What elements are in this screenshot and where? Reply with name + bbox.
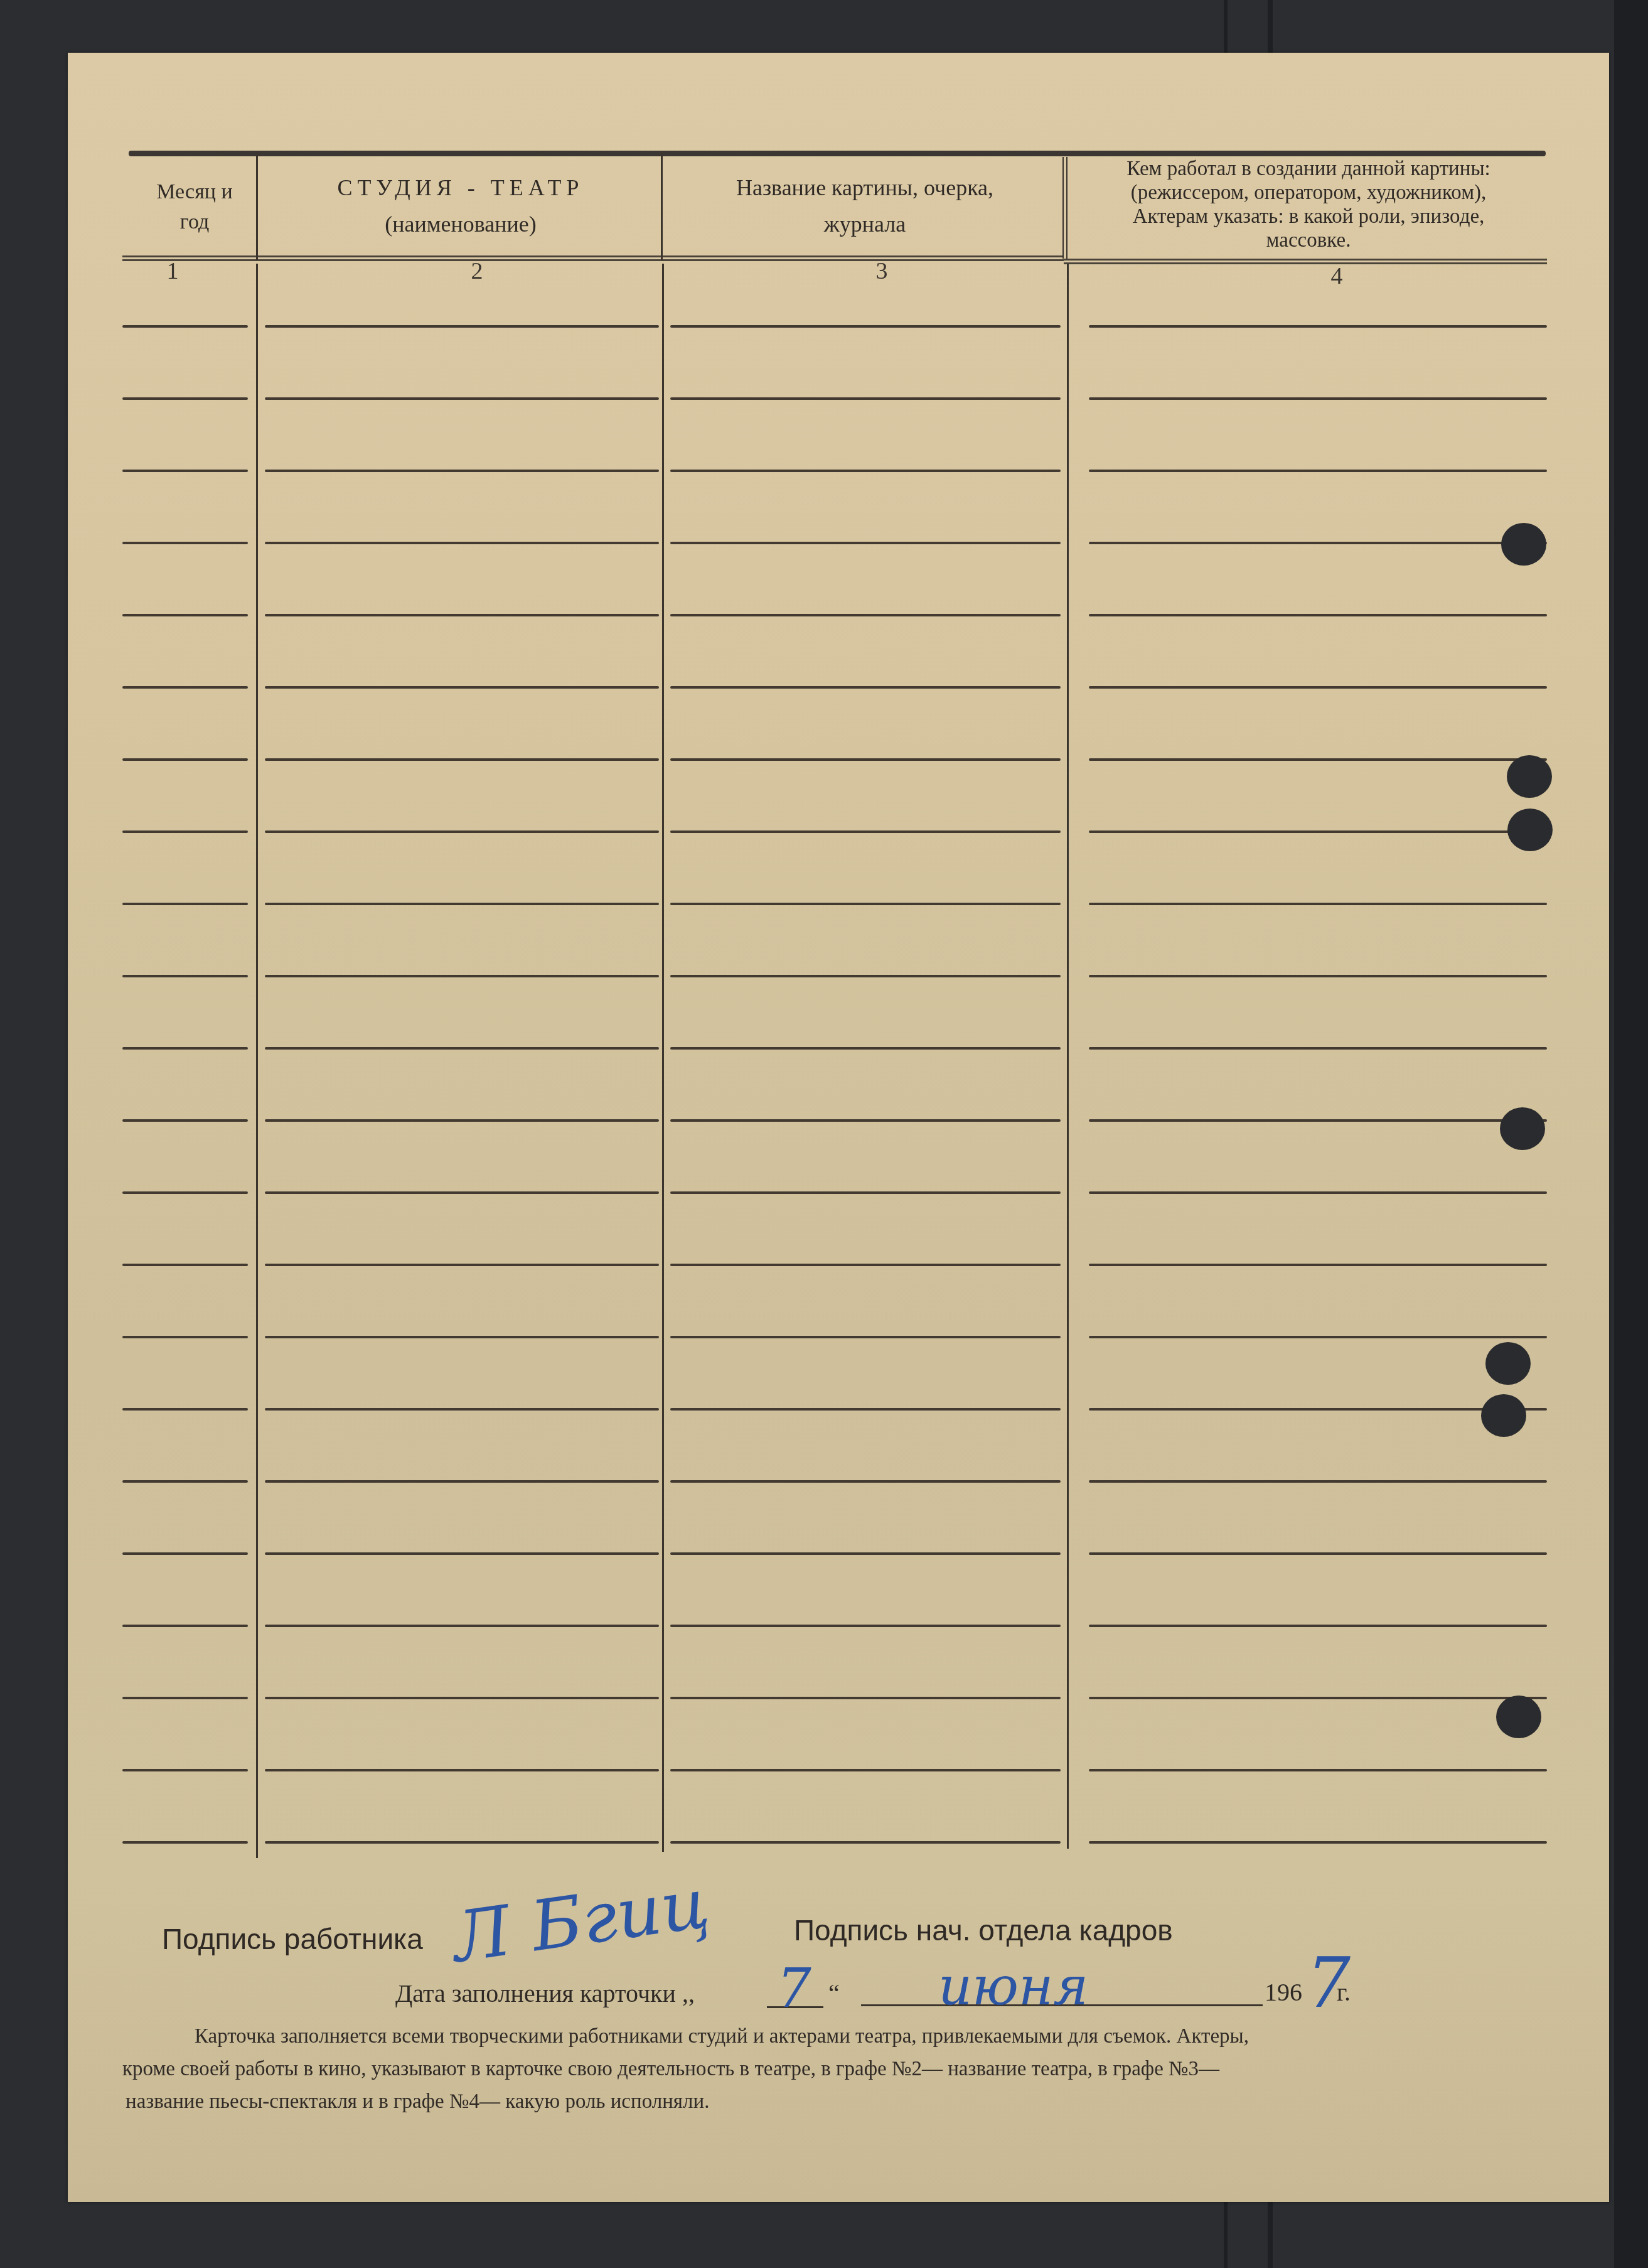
instructions-note: Карточка заполняется всеми творческими р… — [132, 2020, 1569, 2118]
row-rule — [122, 1697, 248, 1699]
row-rule — [122, 1336, 248, 1338]
row-rule — [670, 686, 1061, 689]
row-rule — [1089, 830, 1547, 833]
row-rule — [1089, 1264, 1547, 1266]
row-rule — [1089, 1047, 1547, 1050]
row-rule — [1089, 1841, 1547, 1844]
row-rule — [1089, 1552, 1547, 1555]
row-rule — [1089, 758, 1547, 761]
row-rule — [1089, 470, 1547, 472]
row-rule — [670, 1047, 1061, 1050]
row-rule — [265, 1408, 659, 1411]
date-month[interactable]: июня — [938, 1955, 1088, 2017]
row-rule — [265, 397, 659, 400]
row-rule — [1089, 1697, 1547, 1699]
column-2-header-title: СТУДИЯ - ТЕАТР — [260, 169, 661, 206]
row-rule — [670, 397, 1061, 400]
column-3-header: Название картины, очерка, журнала — [665, 169, 1064, 242]
row-rule — [265, 1769, 659, 1771]
row-rule — [670, 614, 1061, 616]
date-year-prefix: 196 — [1265, 1977, 1302, 2007]
hr-signature-label: Подпись нач. отдела кадров — [794, 1913, 1173, 1947]
date-label: Дата заполнения карточки — [395, 1979, 676, 2007]
row-rule — [1089, 1480, 1547, 1483]
row-rule — [122, 1191, 248, 1194]
row-rule — [122, 1625, 248, 1627]
punch-hole-icon — [1500, 1107, 1545, 1150]
column-2-header: СТУДИЯ - ТЕАТР (наименование) — [260, 169, 661, 242]
row-rule — [265, 975, 659, 977]
column-4-header: Кем работал в создании данной картины: (… — [1067, 157, 1550, 252]
column-separator — [1067, 264, 1069, 1849]
row-rule — [670, 903, 1061, 905]
row-rule — [265, 1119, 659, 1122]
column-1-header-line: год — [132, 207, 257, 237]
row-rule — [122, 903, 248, 905]
row-rule — [1089, 397, 1547, 400]
row-rule — [265, 830, 659, 833]
row-rule — [1089, 975, 1547, 977]
row-rule — [265, 686, 659, 689]
column-2-header-subtitle: (наименование) — [260, 206, 661, 242]
column-1-header-line: Месяц и — [132, 177, 257, 207]
punch-hole-icon — [1496, 1696, 1541, 1738]
row-rule — [265, 325, 659, 328]
row-rule — [265, 1191, 659, 1194]
row-rule — [670, 325, 1061, 328]
column-1-number: 1 — [144, 257, 201, 285]
header-bottom-rule — [122, 255, 1064, 261]
row-rule — [1089, 542, 1547, 544]
column-3-header-line: Название картины, очерка, — [665, 169, 1064, 206]
row-rule — [670, 1552, 1061, 1555]
row-rule — [670, 1841, 1061, 1844]
row-rule — [265, 1264, 659, 1266]
column-separator — [662, 264, 664, 1852]
row-rule — [265, 1552, 659, 1555]
punch-hole-icon — [1485, 1342, 1531, 1385]
row-rule — [265, 1841, 659, 1844]
row-rule — [122, 470, 248, 472]
header-bottom-rule — [1064, 259, 1547, 264]
row-rule — [265, 1697, 659, 1699]
row-rule — [265, 1480, 659, 1483]
row-rule — [1089, 1191, 1547, 1194]
row-rule — [122, 686, 248, 689]
row-rule — [122, 1264, 248, 1266]
employee-signature-label: Подпись работника — [162, 1922, 423, 1956]
column-separator — [256, 154, 258, 260]
row-rule — [1089, 1625, 1547, 1627]
row-rule — [265, 758, 659, 761]
column-separator — [256, 264, 258, 1858]
row-rule — [670, 1480, 1061, 1483]
column-4-header-line: Кем работал в создании данной картины: — [1067, 157, 1550, 181]
date-day[interactable]: 7 — [777, 1957, 811, 2020]
row-rule — [122, 325, 248, 328]
punch-hole-icon — [1481, 1394, 1526, 1437]
column-4-number: 4 — [1308, 262, 1365, 290]
row-rule — [122, 830, 248, 833]
row-rule — [265, 470, 659, 472]
column-separator — [1062, 157, 1067, 259]
date-year-unit: г. — [1337, 1977, 1351, 2007]
row-rule — [670, 1119, 1061, 1122]
row-rule — [670, 542, 1061, 544]
row-rule — [1089, 614, 1547, 616]
row-rule — [122, 758, 248, 761]
punch-hole-icon — [1501, 523, 1546, 566]
row-rule — [670, 1191, 1061, 1194]
row-rule — [670, 758, 1061, 761]
column-3-header-line: журнала — [665, 206, 1064, 242]
row-rule — [265, 1336, 659, 1338]
row-rule — [670, 1264, 1061, 1266]
row-rule — [265, 614, 659, 616]
row-rule — [122, 1480, 248, 1483]
row-rule — [670, 830, 1061, 833]
column-4-header-line: Актерам указать: в какой роли, эпизоде, — [1067, 205, 1550, 228]
row-rule — [122, 1047, 248, 1050]
punch-hole-icon — [1507, 809, 1553, 851]
row-rule — [670, 1697, 1061, 1699]
row-rule — [122, 1769, 248, 1771]
row-rule — [122, 1408, 248, 1411]
date-field: Дата заполнения карточки ,, — [395, 1979, 695, 2008]
row-rule — [122, 542, 248, 544]
instructions-line: кроме своей работы в кино, указывают в к… — [122, 2053, 1569, 2085]
column-4-header-line: массовке. — [1067, 228, 1550, 252]
column-1-header: Месяц и год — [132, 177, 257, 237]
column-3-number: 3 — [853, 257, 910, 285]
column-separator — [661, 154, 663, 260]
column-2-number: 2 — [449, 257, 505, 285]
row-rule — [1089, 1119, 1547, 1122]
row-rule — [1089, 903, 1547, 905]
row-rule — [265, 903, 659, 905]
row-rule — [122, 614, 248, 616]
row-rule — [1089, 686, 1547, 689]
row-rule — [670, 1625, 1061, 1627]
row-rule — [122, 1841, 248, 1844]
row-rule — [670, 1408, 1061, 1411]
background-strip — [1614, 0, 1648, 2268]
document-page — [68, 53, 1609, 2202]
date-open-quote: ,, — [682, 1979, 695, 2007]
row-rule — [1089, 1336, 1547, 1338]
row-rule — [1089, 1769, 1547, 1771]
punch-hole-icon — [1507, 755, 1552, 798]
header-top-rule — [129, 151, 1546, 156]
row-rule — [670, 1769, 1061, 1771]
row-rule — [670, 470, 1061, 472]
row-rule — [122, 975, 248, 977]
row-rule — [122, 1552, 248, 1555]
row-rule — [122, 397, 248, 400]
row-rule — [265, 542, 659, 544]
row-rule — [265, 1047, 659, 1050]
row-rule — [670, 975, 1061, 977]
row-rule — [670, 1336, 1061, 1338]
date-close-quote: “ — [828, 1979, 840, 2008]
row-rule — [122, 1119, 248, 1122]
column-4-header-line: (режиссером, оператором, художником), — [1067, 181, 1550, 205]
instructions-line: Карточка заполняется всеми творческими р… — [132, 2020, 1569, 2053]
row-rule — [1089, 325, 1547, 328]
row-rule — [265, 1625, 659, 1627]
row-rule — [1089, 1408, 1547, 1411]
instructions-line: название пьесы-спектакля и в графе №4— к… — [126, 2085, 1569, 2118]
